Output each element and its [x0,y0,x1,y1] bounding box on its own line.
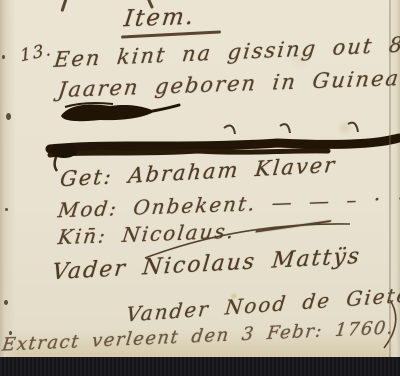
edge-speck [4,300,8,305]
edge-speck [5,208,8,211]
manuscript-scan: Item. 13. Een kint na gissing out 8. Jaa… [0,0,400,376]
page-right-edge [389,0,391,357]
edge-speck [2,55,5,59]
edge-speck [9,331,12,335]
book-cover-band [0,357,400,376]
edge-speck [6,113,11,120]
heading-item: Item. [123,6,197,32]
